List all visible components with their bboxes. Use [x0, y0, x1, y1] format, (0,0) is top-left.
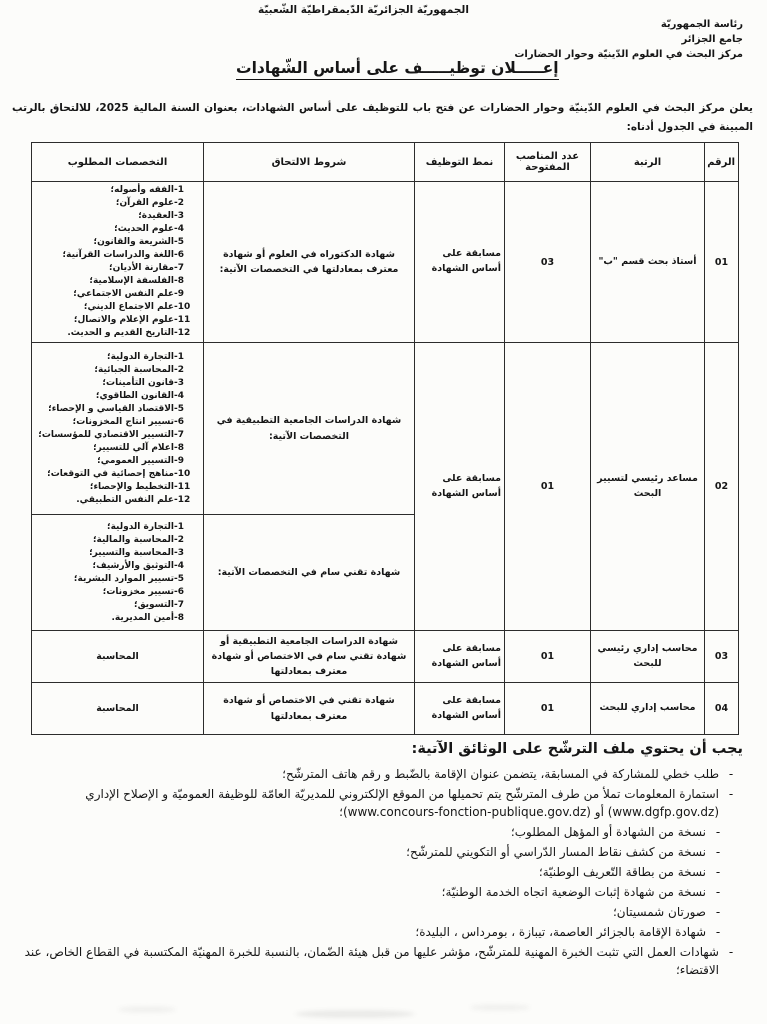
row1-mode: مسابقة على أساس الشهادة [415, 182, 505, 343]
row1-condition: شهادة الدكتوراه في العلوم أو شهادة معترف… [204, 182, 415, 343]
list-item: 6-اللغة والدراسات القرآنية؛ [35, 249, 200, 262]
list-item-marker: 6- [174, 586, 200, 599]
row2-specializations-a: 1-التجارة الدولية؛2-المحاسبة الجبائية؛3-… [32, 343, 204, 515]
list-item: 1-التجارة الدولية؛ [35, 351, 200, 364]
list-item-text: تسيير الموارد البشرية؛ [35, 573, 174, 586]
list-item: 12-التاريخ القديم و الحديث. [35, 327, 200, 340]
required-documents-section: يجب أن يحتوي ملف الترشّح على الوثائق الآ… [10, 741, 743, 981]
scanned-document-page: الجمهوريّة الجزائريّة الدّيمقراطيّة الشّ… [0, 0, 767, 1024]
list-item-text: استمارة المعلومات تملأ من طرف المترشّح ي… [10, 785, 719, 821]
list-item: 3-المحاسبة والتسيير؛ [35, 547, 200, 560]
list-item-text: نسخة من الشهادة أو المؤهل المطلوب؛ [10, 823, 706, 841]
list-item-text: الشريعة والقانون؛ [35, 236, 174, 249]
list-item-marker: 11- [174, 481, 200, 494]
list-item-marker: 8- [174, 275, 200, 288]
list-item-text: اعلام آلي للتسيير؛ [35, 442, 174, 455]
specialization-list: 1-التجارة الدولية؛2-المحاسبة الجبائية؛3-… [35, 351, 200, 507]
list-item-text: مناهج إحصائية في التوقعات؛ [35, 468, 174, 481]
header-specialties: التخصصات المطلوب [32, 143, 204, 182]
row2-specializations-b: 1-التجارة الدولية؛2-المحاسبة والمالية؛3-… [32, 515, 204, 631]
list-item-marker: 12- [174, 494, 200, 507]
list-item-marker: 7- [174, 599, 200, 612]
header-num: الرقم [705, 143, 739, 182]
table-row-04: 04 محاسب إداري للبحث 01 مسابقة على أساس … [32, 683, 739, 735]
list-item: 12-علم النفس التطبيقي. [35, 494, 200, 507]
list-item-text: اللغة والدراسات القرآنية؛ [35, 249, 174, 262]
list-item: 5-الشريعة والقانون؛ [35, 236, 200, 249]
list-item-text: علم النفس الاجتماعي؛ [35, 288, 174, 301]
list-item: 10-مناهج إحصائية في التوقعات؛ [35, 468, 200, 481]
list-item-marker: 2- [174, 197, 200, 210]
list-item-text: قانون التأمينات؛ [35, 377, 174, 390]
list-item: 7-التسيير الاقتصادي للمؤسسات؛ [35, 429, 200, 442]
list-item: 5-تسيير الموارد البشرية؛ [35, 573, 200, 586]
list-item: 11-التخطيط والإحصاء؛ [35, 481, 200, 494]
list-item-marker: 3- [174, 210, 200, 223]
row2-rank: مساعد رئيسي لتسيير البحث [591, 343, 705, 631]
list-item-text: التوثيق والأرشيف؛ [35, 560, 174, 573]
list-item: 8-اعلام آلي للتسيير؛ [35, 442, 200, 455]
list-item-marker: 10- [174, 301, 200, 314]
list-item-text: الفلسفة الإسلامية؛ [35, 275, 174, 288]
list-item-text: أمين المديرية. [35, 612, 174, 625]
list-item-text: علوم الحديث؛ [35, 223, 174, 236]
list-item-marker: 7- [174, 262, 200, 275]
header-rank: الرتبة [591, 143, 705, 182]
list-item: -صورتان شمسيتان؛ [10, 903, 743, 921]
list-item-text: علم النفس التطبيقي. [35, 494, 174, 507]
page-title: إعـــــلان توظيـــــف على أساس الشّهادات [236, 59, 559, 80]
specialization-list: 1-الفقه وأصوله؛2-علوم القرآن؛3-العقيدة؛4… [35, 184, 200, 340]
header-mode: نمط التوظيف [415, 143, 505, 182]
list-item-text: القانون الطاقوي؛ [35, 390, 174, 403]
row4-condition: شهادة تقني في الاختصاص أو شهادة معترف بم… [204, 683, 415, 735]
row2-condition-b: شهادة تقني سام في التخصصات الآتية: [204, 515, 415, 631]
list-item-marker: - [706, 863, 730, 881]
list-item-text: المحاسبة الجبائية؛ [35, 364, 174, 377]
row4-rank: محاسب إداري للبحث [591, 683, 705, 735]
row3-specialty: المحاسبة [32, 631, 204, 683]
row1-rank: أستاذ بحث قسم "ب" [591, 182, 705, 343]
list-item-marker: - [719, 765, 743, 783]
header-conditions: شروط الالتحاق [204, 143, 415, 182]
row3-rank: محاسب إداري رئيسي للبحث [591, 631, 705, 683]
list-item-marker: 7- [174, 429, 200, 442]
list-item: -شهادات العمل التي تثبت الخبرة المهنية ل… [10, 943, 743, 979]
table-header-row: الرقم الرتبة عدد المناصب المفتوحة نمط ال… [32, 143, 739, 182]
list-item-text: التجارة الدولية؛ [35, 521, 174, 534]
list-item-marker: 11- [174, 314, 200, 327]
list-item-marker: - [706, 903, 730, 921]
row3-num: 03 [705, 631, 739, 683]
list-item-marker: 4- [174, 223, 200, 236]
list-item: -نسخة من شهادة إثبات الوضعية اتجاه الخدم… [10, 883, 743, 901]
list-item-marker: - [706, 883, 730, 901]
required-documents-heading: يجب أن يحتوي ملف الترشّح على الوثائق الآ… [10, 741, 743, 757]
list-item-marker: 9- [174, 455, 200, 468]
list-item: 2-المحاسبة والمالية؛ [35, 534, 200, 547]
scan-smudge [470, 1004, 530, 1011]
list-item: 9-علم النفس الاجتماعي؛ [35, 288, 200, 301]
list-item-marker: 12- [174, 327, 200, 340]
list-item-text: صورتان شمسيتان؛ [10, 903, 706, 921]
list-item: 4-القانون الطاقوي؛ [35, 390, 200, 403]
list-item-marker: 3- [174, 547, 200, 560]
list-item: -نسخة من بطاقة التّعريف الوطنيّة؛ [10, 863, 743, 881]
list-item: 1-التجارة الدولية؛ [35, 521, 200, 534]
list-item-text: طلب خطي للمشاركة في المسابقة، يتضمن عنوا… [10, 765, 719, 783]
list-item-marker: 6- [174, 249, 200, 262]
list-item: 2-علوم القرآن؛ [35, 197, 200, 210]
list-item-marker: 8- [174, 442, 200, 455]
row2-mode: مسابقة على أساس الشهادة [415, 343, 505, 631]
list-item: -شهادة الإقامة بالجزائر العاصمة، تيبازة … [10, 923, 743, 941]
list-item: 7-التسويق؛ [35, 599, 200, 612]
row2-num: 02 [705, 343, 739, 631]
list-item-text: شهادة الإقامة بالجزائر العاصمة، تيبازة ،… [10, 923, 706, 941]
list-item-marker: - [706, 843, 730, 861]
specialization-list: 1-التجارة الدولية؛2-المحاسبة والمالية؛3-… [35, 521, 200, 625]
list-item-text: نسخة من كشف نقاط المسار الدّراسي أو التك… [10, 843, 706, 861]
list-item: -طلب خطي للمشاركة في المسابقة، يتضمن عنو… [10, 765, 743, 783]
intro-paragraph: يعلن مركز البحث في العلوم الدّينيّة وحوا… [12, 99, 753, 137]
list-item: -استمارة المعلومات تملأ من طرف المترشّح … [10, 785, 743, 821]
list-item-marker: - [706, 823, 730, 841]
list-item-text: التسويق؛ [35, 599, 174, 612]
list-item-text: شهادات العمل التي تثبت الخبرة المهنية لل… [10, 943, 719, 979]
list-item-marker: 5- [174, 236, 200, 249]
list-item: -نسخة من الشهادة أو المؤهل المطلوب؛ [10, 823, 743, 841]
scan-smudge [118, 1006, 176, 1013]
list-item: 1-الفقه وأصوله؛ [35, 184, 200, 197]
list-item-text: الفقه وأصوله؛ [35, 184, 174, 197]
list-item-marker: 9- [174, 288, 200, 301]
list-item: 7-مقارنة الأديان؛ [35, 262, 200, 275]
list-item-marker: 1- [174, 521, 200, 534]
list-item-marker: 4- [174, 560, 200, 573]
list-item-text: التاريخ القديم و الحديث. [35, 327, 174, 340]
list-item: 6-تسيير انتاج المخزونات؛ [35, 416, 200, 429]
list-item-text: تسيير مخزونات؛ [35, 586, 174, 599]
list-item-text: نسخة من بطاقة التّعريف الوطنيّة؛ [10, 863, 706, 881]
list-item-marker: - [706, 923, 730, 941]
header-positions: عدد المناصب المفتوحة [505, 143, 591, 182]
row1-specializations: 1-الفقه وأصوله؛2-علوم القرآن؛3-العقيدة؛4… [32, 182, 204, 343]
list-item-marker: 10- [174, 468, 200, 481]
jobs-table-wrapper: الرقم الرتبة عدد المناصب المفتوحة نمط ال… [31, 142, 739, 735]
required-documents-list: -طلب خطي للمشاركة في المسابقة، يتضمن عنو… [10, 765, 743, 979]
list-item-marker: 1- [174, 351, 200, 364]
list-item: 4-التوثيق والأرشيف؛ [35, 560, 200, 573]
org-line-mosque: جامع الجزائر [514, 32, 743, 47]
list-item: 8-أمين المديرية. [35, 612, 200, 625]
list-item-marker: 3- [174, 377, 200, 390]
row3-condition: شهادة الدراسات الجامعية التطبيقية أو شها… [204, 631, 415, 683]
list-item-text: التجارة الدولية؛ [35, 351, 174, 364]
list-item-marker: 5- [174, 403, 200, 416]
row2-condition-a: شهادة الدراسات الجامعية التطبيقية في الت… [204, 343, 415, 515]
row1-positions: 03 [505, 182, 591, 343]
org-line-presidency: رئاسة الجمهوريّة [514, 17, 743, 32]
list-item-text: تسيير انتاج المخزونات؛ [35, 416, 174, 429]
issuing-organization-block: رئاسة الجمهوريّة جامع الجزائر مركز البحث… [514, 17, 743, 62]
list-item: 5-الاقتصاد القياسي و الإحصاء؛ [35, 403, 200, 416]
row3-positions: 01 [505, 631, 591, 683]
row3-mode: مسابقة على أساس الشهادة [415, 631, 505, 683]
row2-positions: 01 [505, 343, 591, 631]
list-item-text: المحاسبة والمالية؛ [35, 534, 174, 547]
list-item-marker: 2- [174, 534, 200, 547]
list-item: 3-قانون التأمينات؛ [35, 377, 200, 390]
row1-num: 01 [705, 182, 739, 343]
list-item-text: التخطيط والإحصاء؛ [35, 481, 174, 494]
list-item-text: علوم الإعلام والاتصال؛ [35, 314, 174, 327]
list-item: 8-الفلسفة الإسلامية؛ [35, 275, 200, 288]
list-item-text: الاقتصاد القياسي و الإحصاء؛ [35, 403, 174, 416]
row4-positions: 01 [505, 683, 591, 735]
table-row-03: 03 محاسب إداري رئيسي للبحث 01 مسابقة على… [32, 631, 739, 683]
list-item: 10-علم الاجتماع الديني؛ [35, 301, 200, 314]
list-item: -نسخة من كشف نقاط المسار الدّراسي أو الت… [10, 843, 743, 861]
list-item-marker: 1- [174, 184, 200, 197]
list-item-text: التسيير العمومي؛ [35, 455, 174, 468]
list-item-marker: 8- [174, 612, 200, 625]
list-item-marker: - [719, 785, 743, 821]
list-item: 11-علوم الإعلام والاتصال؛ [35, 314, 200, 327]
list-item-marker: 4- [174, 390, 200, 403]
list-item-text: علوم القرآن؛ [35, 197, 174, 210]
list-item: 4-علوم الحديث؛ [35, 223, 200, 236]
list-item-text: المحاسبة والتسيير؛ [35, 547, 174, 560]
list-item-text: العقيدة؛ [35, 210, 174, 223]
jobs-table: الرقم الرتبة عدد المناصب المفتوحة نمط ال… [31, 142, 739, 735]
list-item-text: علم الاجتماع الديني؛ [35, 301, 174, 314]
list-item-marker: - [719, 943, 743, 979]
list-item-text: مقارنة الأديان؛ [35, 262, 174, 275]
list-item-text: التسيير الاقتصادي للمؤسسات؛ [35, 429, 174, 442]
table-row-01: 01 أستاذ بحث قسم "ب" 03 مسابقة على أساس … [32, 182, 739, 343]
list-item-text: نسخة من شهادة إثبات الوضعية اتجاه الخدمة… [10, 883, 706, 901]
row4-mode: مسابقة على أساس الشهادة [415, 683, 505, 735]
table-row-02-sub-a: 02 مساعد رئيسي لتسيير البحث 01 مسابقة عل… [32, 343, 739, 515]
list-item: 3-العقيدة؛ [35, 210, 200, 223]
list-item: 6-تسيير مخزونات؛ [35, 586, 200, 599]
list-item-marker: 6- [174, 416, 200, 429]
list-item-marker: 2- [174, 364, 200, 377]
list-item-marker: 5- [174, 573, 200, 586]
list-item: 2-المحاسبة الجبائية؛ [35, 364, 200, 377]
row4-num: 04 [705, 683, 739, 735]
row4-specialty: المحاسبة [32, 683, 204, 735]
list-item: 9-التسيير العمومي؛ [35, 455, 200, 468]
country-header: الجمهوريّة الجزائريّة الدّيمقراطيّة الشّ… [0, 4, 727, 16]
scan-smudge [295, 1010, 415, 1018]
